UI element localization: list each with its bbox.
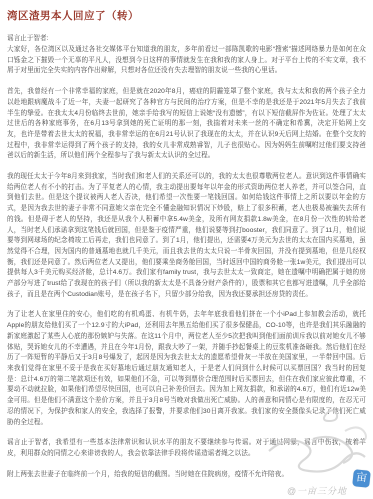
body-paragraph-3: 我的现任太太于今年8月来到我家，当时我们和老人们的关系还可以的，我的太太也很尊敬… xyxy=(7,172,366,300)
body-paragraph-6: 附上两张去世妻子在临终前一个月，给我的短信的截图。当时她在住院病房，疫情不允许陪… xyxy=(7,470,366,481)
body-paragraph-1: 大家好，各位湾区以及通过各社交媒体平台知道我的朋友，多年前看过一部陈凯歌的电影“… xyxy=(7,45,366,77)
body-paragraph-2: 首先，我曾经有一个非常幸福的家庭，但是就在2020年8月，癌症的阴霾笼罩了整个家… xyxy=(7,87,366,162)
page-title: 湾区渣男本人回应了（转） xyxy=(7,8,366,23)
body-paragraph-4: 为了让老人在家里住的安心，他们吃的有机鸡蛋、有机牛奶，去年年底我看他们挤在一个小… xyxy=(7,310,366,428)
body-paragraph-5: 谣言止于智者，我希望有一些基本法律常识和认识水平的朋友不要继续参与传谣。对于通过… xyxy=(7,438,366,459)
salutation-text: 谣言止于智者: xyxy=(7,32,366,42)
watermark-handle: @一亩三分地 xyxy=(287,484,347,497)
post-page: 湾区渣男本人回应了（转） 谣言止于智者: 大家好，各位湾区以及通过各社交媒体平台… xyxy=(0,0,373,499)
